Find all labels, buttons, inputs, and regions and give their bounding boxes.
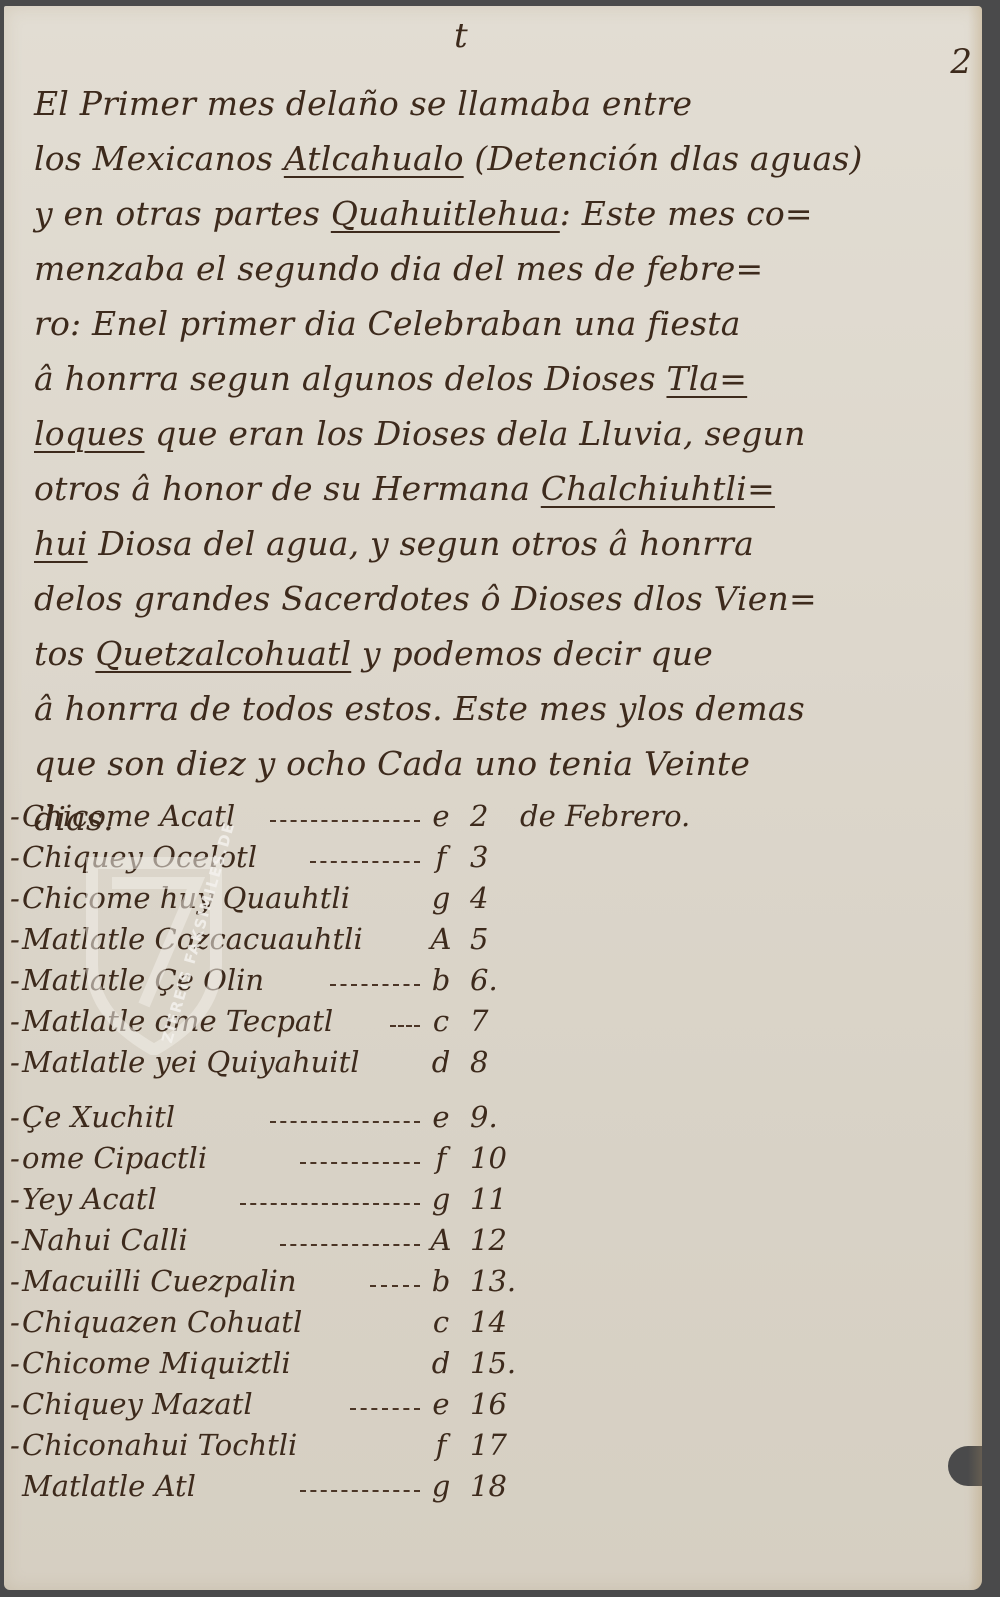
dominical-letter: c [428,1302,454,1343]
paragraph-line: otros â honor de su Hermana Chalchiuhtli… [34,461,934,516]
dominical-letter: b [428,960,454,1001]
day-number: 10 [470,1138,507,1179]
dominical-letter: c [428,1001,454,1042]
folio-number: 2 [950,42,972,82]
torn-page-edge [948,1446,982,1486]
underlined-term: Atlcahualo [284,139,464,178]
calendar-row: -Chiquazen Cohuatl c 14 [10,1302,770,1343]
paragraph-line: los Mexicanos Atlcahualo (Detención dlas… [34,131,934,186]
day-number: 12 [470,1220,507,1261]
leader-dash [390,1001,420,1042]
calendar-row: -Matlatle ome Tecpatl c 7 [10,1001,770,1042]
paragraph-line: menzaba el segundo dia del mes de febre= [34,241,934,296]
manuscript-paragraph: El Primer mes delaño se llamaba entre lo… [34,76,934,846]
day-name: Matlatle yei Quiyahuitl [22,1042,360,1083]
day-number: 8 [470,1042,488,1083]
day-name: Chicome huy Quauhtli [22,878,350,919]
calendar-row: Matlatle Atl g 18 [10,1466,770,1507]
day-number: 6. [470,960,498,1001]
calendar-row: -Chiquey Ocelotl f 3 [10,837,770,878]
day-name: Matlatle Çe Olin [22,960,264,1001]
dominical-letter: f [428,1138,454,1179]
day-number: 14 [470,1302,507,1343]
paragraph-line: tos Quetzalcohuatl y podemos decir que [34,626,934,681]
dominical-letter: d [428,1343,454,1384]
day-number: 9. [470,1097,498,1138]
day-number: 5 [470,919,488,960]
manuscript-page: t 2 El Primer mes delaño se llamaba entr… [4,6,982,1590]
underlined-term: Quahuitlehua [331,194,560,233]
leader-dash [370,1261,420,1302]
calendar-row: -Chicome huy Quauhtli g 4 [10,878,770,919]
calendar-row: -Nahui Calli A 12 [10,1220,770,1261]
day-number: 13. [470,1261,516,1302]
calendar-row: -ome Cipactli f 10 [10,1138,770,1179]
day-number: 2 [470,796,488,837]
day-number: 3 [470,837,488,878]
dominical-letter: g [428,878,454,919]
leader-dash [310,837,420,878]
day-name: Chiquey Mazatl [22,1384,253,1425]
dominical-letter: g [428,1179,454,1220]
calendar-row: -Chicome Acatl e 2 de Febrero. [10,796,770,837]
paragraph-line: que son diez y ocho Cada uno tenia Veint… [34,736,934,791]
leader-dash [240,1179,420,1220]
leader-dash [280,1220,420,1261]
underlined-term: Quetzalcohuatl [95,634,351,673]
day-name: Chicome Acatl [22,796,235,837]
day-calendar-list: -Chicome Acatl e 2 de Febrero. -Chiquey … [10,796,770,1507]
paragraph-line: â honrra segun algunos delos Dioses Tla= [34,351,934,406]
day-name: Chiconahui Tochtli [22,1425,297,1466]
day-name: Çe Xuchitl [22,1097,175,1138]
day-name: Nahui Calli [22,1220,188,1261]
underlined-term: Chalchiuhtli= [541,469,775,508]
day-number: 18 [470,1466,507,1507]
underlined-term: hui [34,524,88,563]
leader-dash [300,1138,420,1179]
dominical-letter: b [428,1261,454,1302]
day-number: 4 [470,878,488,919]
day-name: Yey Acatl [22,1179,157,1220]
day-name: Matlatle Atl [22,1466,196,1507]
paragraph-line: delos grandes Sacerdotes ô Dioses dlos V… [34,571,934,626]
leader-dash [270,1097,420,1138]
leader-dash [300,1466,420,1507]
calendar-row: -Çe Xuchitl e 9. [10,1097,770,1138]
leader-dash [270,796,420,837]
calendar-row: -Chiquey Mazatl e 16 [10,1384,770,1425]
month-label: de Febrero. [520,796,690,837]
day-number: 11 [470,1179,507,1220]
day-name: Macuilli Cuezpalin [22,1261,297,1302]
day-name: Chicome Miquiztli [22,1343,291,1384]
calendar-row: -Matlatle Çe Olin b 6. [10,960,770,1001]
calendar-row: -Matlatle Cozcacuauhtli A 5 [10,919,770,960]
day-number: 16 [470,1384,507,1425]
paragraph-line: hui Diosa del agua, y segun otros â honr… [34,516,934,571]
paragraph-line: El Primer mes delaño se llamaba entre [34,76,934,131]
calendar-row: -Chiconahui Tochtli f 17 [10,1425,770,1466]
paragraph-line: â honrra de todos estos. Este mes ylos d… [34,681,934,736]
day-name: ome Cipactli [22,1138,207,1179]
dominical-letter: d [428,1042,454,1083]
day-name: Chiquazen Cohuatl [22,1302,302,1343]
paragraph-line: loques que eran los Dioses dela Lluvia, … [34,406,934,461]
dominical-letter: A [428,1220,454,1261]
dominical-letter: A [428,919,454,960]
dominical-letter: f [428,837,454,878]
paragraph-line: y en otras partes Quahuitlehua: Este mes… [34,186,934,241]
underlined-term: Tla= [666,359,747,398]
day-number: 15. [470,1343,516,1384]
dominical-letter: e [428,1097,454,1138]
calendar-row: -Yey Acatl g 11 [10,1179,770,1220]
leader-dash [330,960,420,1001]
underlined-term: loques [34,414,144,453]
calendar-row: -Chicome Miquiztli d 15. [10,1343,770,1384]
catchword: t [454,16,468,56]
paragraph-line: ro: Enel primer dia Celebraban una fiest… [34,296,934,351]
calendar-row: -Matlatle yei Quiyahuitl d 8 [10,1042,770,1097]
calendar-row: -Macuilli Cuezpalin b 13. [10,1261,770,1302]
dominical-letter: f [428,1425,454,1466]
day-number: 7 [470,1001,488,1042]
day-number: 17 [470,1425,507,1466]
dominical-letter: e [428,796,454,837]
dominical-letter: e [428,1384,454,1425]
dominical-letter: g [428,1466,454,1507]
leader-dash [350,1384,420,1425]
